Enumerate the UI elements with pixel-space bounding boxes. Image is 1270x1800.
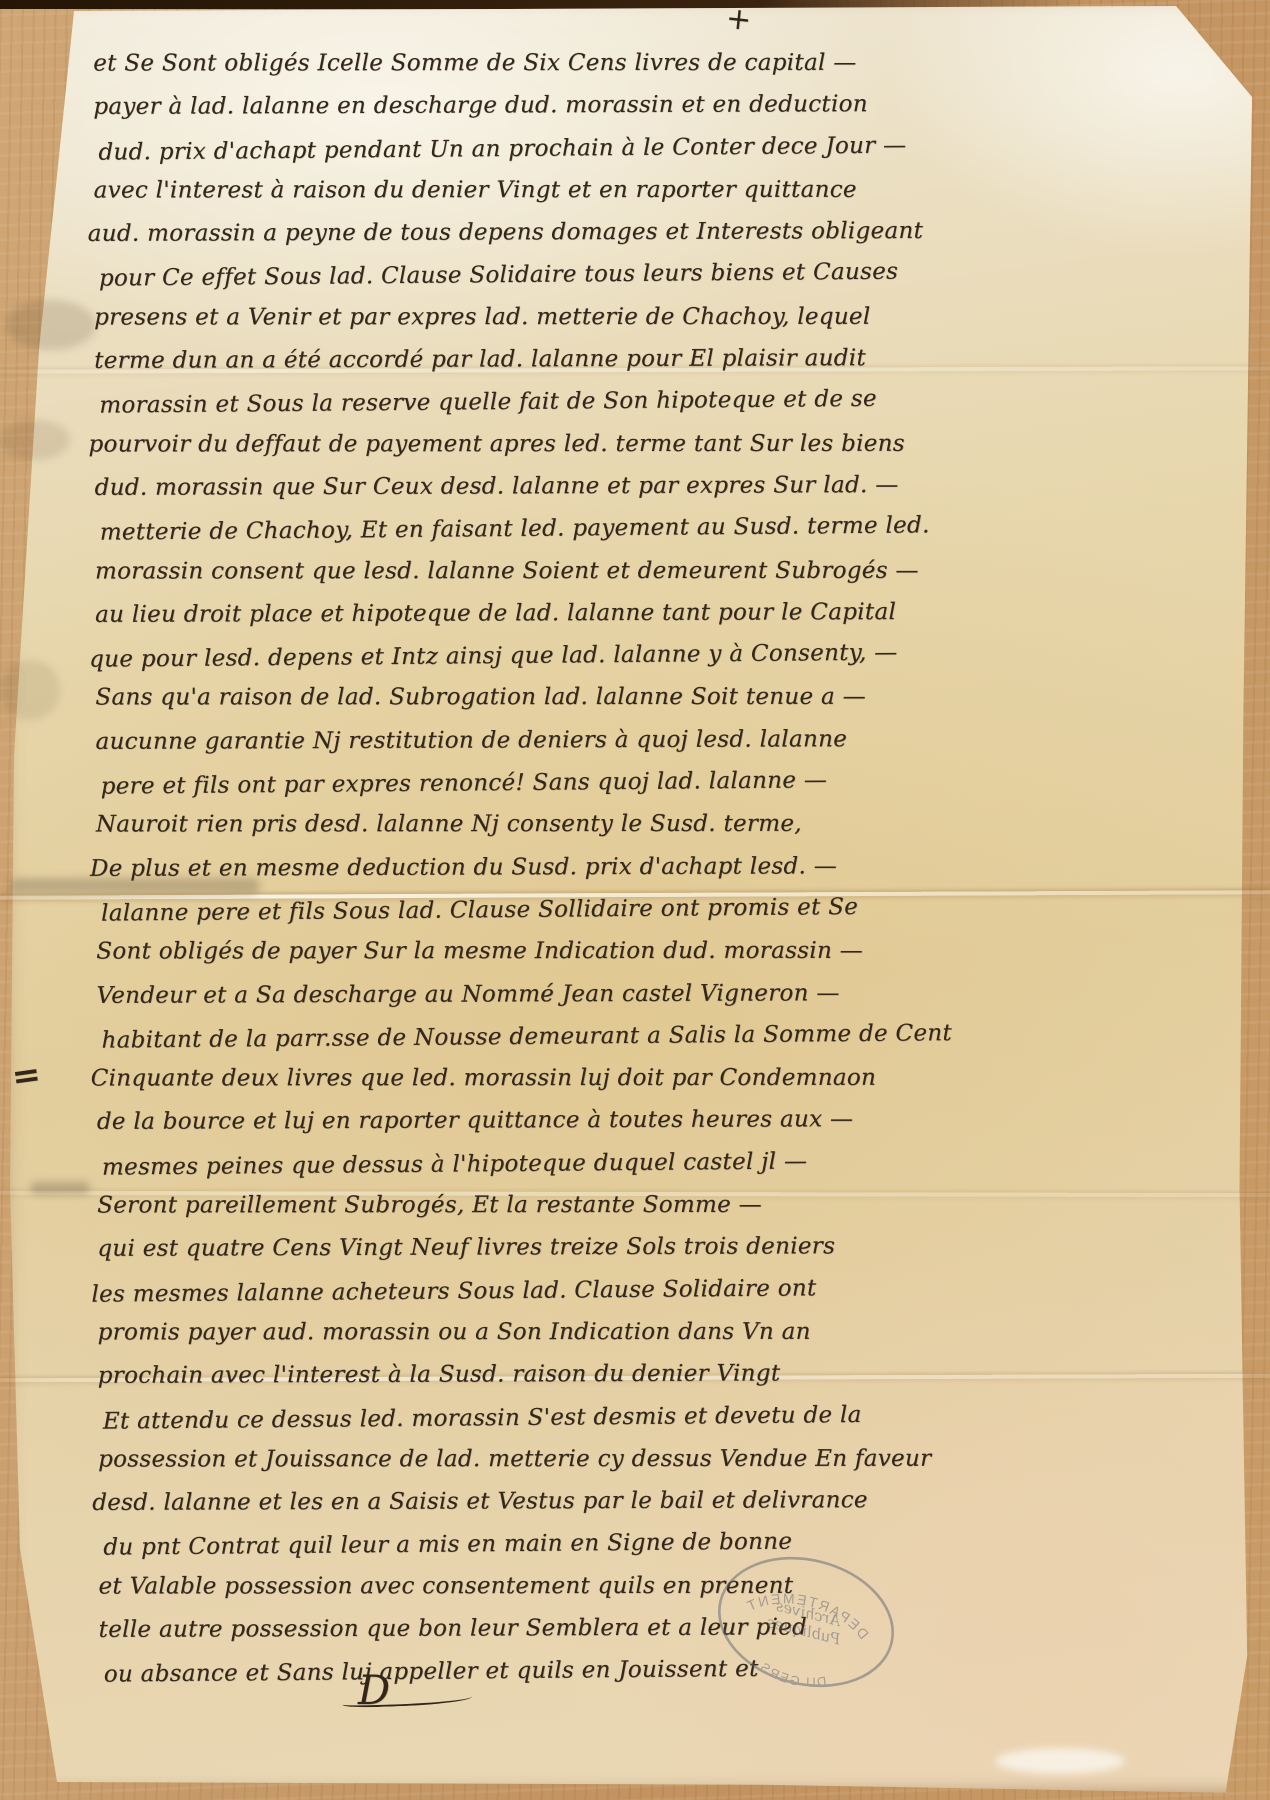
manuscript-line: payer à lad. lalanne en descharge dud. m… [93, 90, 1153, 136]
manuscript-line: aud. morassin a peyne de tous depens dom… [88, 217, 1154, 263]
archive-stamp: DEPARTEMENT DU GERS Archives Publiques [706, 1544, 906, 1700]
manuscript-line: metterie de Chachoy, Et en faisant led. … [100, 511, 1155, 563]
margin-collation-mark: = [9, 1054, 41, 1097]
manuscript-line: ou absance et Sans luj appeller et quils… [104, 1653, 1159, 1705]
manuscript-text: et Se Sont obligés Icelle Somme de Six C… [93, 48, 1159, 1701]
manuscript-line: habitant de la parr.sse de Nousse demeur… [101, 1018, 1156, 1070]
manuscript-line: Vendeur et a Sa descharge au Nommé Jean … [96, 979, 1156, 1025]
end-paraph-mark: D [358, 1668, 390, 1714]
manuscript-line: pour Ce effet Sous lad. Clause Solidaire… [99, 257, 1154, 309]
manuscript-line: qui est quatre Cens Vingt Neuf livres tr… [97, 1232, 1157, 1278]
manuscript-line: Sans qu'a raison de lad. Subrogation lad… [95, 684, 1155, 727]
manuscript-line: et Valable possession avec consentement … [98, 1572, 1158, 1615]
manuscript-line: promis payer aud. morassin ou a Son Indi… [98, 1318, 1158, 1361]
manuscript-line: et Se Sont obligés Icelle Somme de Six C… [93, 50, 1153, 93]
manuscript-line: telle autre possession que bon leur Semb… [99, 1613, 1159, 1659]
manuscript-line: les mesmes lalanne acheteurs Sous lad. C… [91, 1272, 1157, 1324]
manuscript-line: aucunne garantie Nj restitution de denie… [95, 725, 1155, 771]
manuscript-line: que pour lesd. depens et Intz ainsj que … [89, 638, 1155, 690]
manuscript-line: pere et fils ont par expres renoncé! San… [101, 764, 1156, 816]
manuscript-line: dud. prix d'achapt pendant Un an prochai… [98, 130, 1153, 182]
manuscript-line: Nauroit rien pris desd. lalanne Nj conse… [96, 811, 1156, 854]
manuscript-line: De plus et en mesme deduction du Susd. p… [90, 852, 1156, 898]
manuscript-line: Cinquante deux livres que led. morassin … [91, 1065, 1157, 1108]
manuscript-line: dud. morassin que Sur Ceux desd. lalanne… [95, 471, 1155, 517]
manuscript-line: possession et Jouissance de lad. metteri… [98, 1445, 1158, 1488]
photograph-of-manuscript: et Se Sont obligés Icelle Somme de Six C… [0, 0, 1270, 1800]
manuscript-line: prochain avec l'interest à la Susd. rais… [98, 1359, 1158, 1405]
manuscript-line: presens et a Venir et par expres lad. me… [94, 303, 1154, 346]
manuscript-line: pourvoir du deffaut de payement apres le… [89, 430, 1155, 473]
manuscript-line: mesmes peines que dessus à l'hipoteque d… [102, 1145, 1157, 1197]
manuscript-line: Seront pareillement Subrogés, Et la rest… [97, 1192, 1157, 1235]
manuscript-line: au lieu droit place et hipoteque de lad.… [95, 598, 1155, 644]
manuscript-line: Et attendu ce dessus led. morassin S'est… [103, 1399, 1158, 1451]
manuscript-line: du pnt Contrat quil leur a mis en main e… [103, 1526, 1158, 1578]
svg-text:DU GERS: DU GERS [754, 1657, 831, 1696]
stamp-arc-bottom-text: DU GERS [754, 1657, 831, 1696]
manuscript-line: terme dun an a été accordé par lad. lala… [94, 344, 1154, 390]
manuscript-line: avec l'interest à raison du denier Vingt… [94, 176, 1154, 219]
manuscript-line: morassin et Sous la reserve quelle fait … [99, 384, 1154, 436]
manuscript-line: morassin consent que lesd. lalanne Soien… [95, 557, 1155, 600]
manuscript-line: lalanne pere et fils Sous lad. Clause So… [101, 891, 1156, 943]
manuscript-line: desd. lalanne et les en a Saisis et Vest… [92, 1486, 1158, 1532]
manuscript-line: Sont obligés de payer Sur la mesme Indic… [96, 938, 1156, 981]
top-cross-mark: + [724, 1, 753, 38]
manuscript-line: de la bource et luj en raporter quittanc… [97, 1106, 1157, 1152]
